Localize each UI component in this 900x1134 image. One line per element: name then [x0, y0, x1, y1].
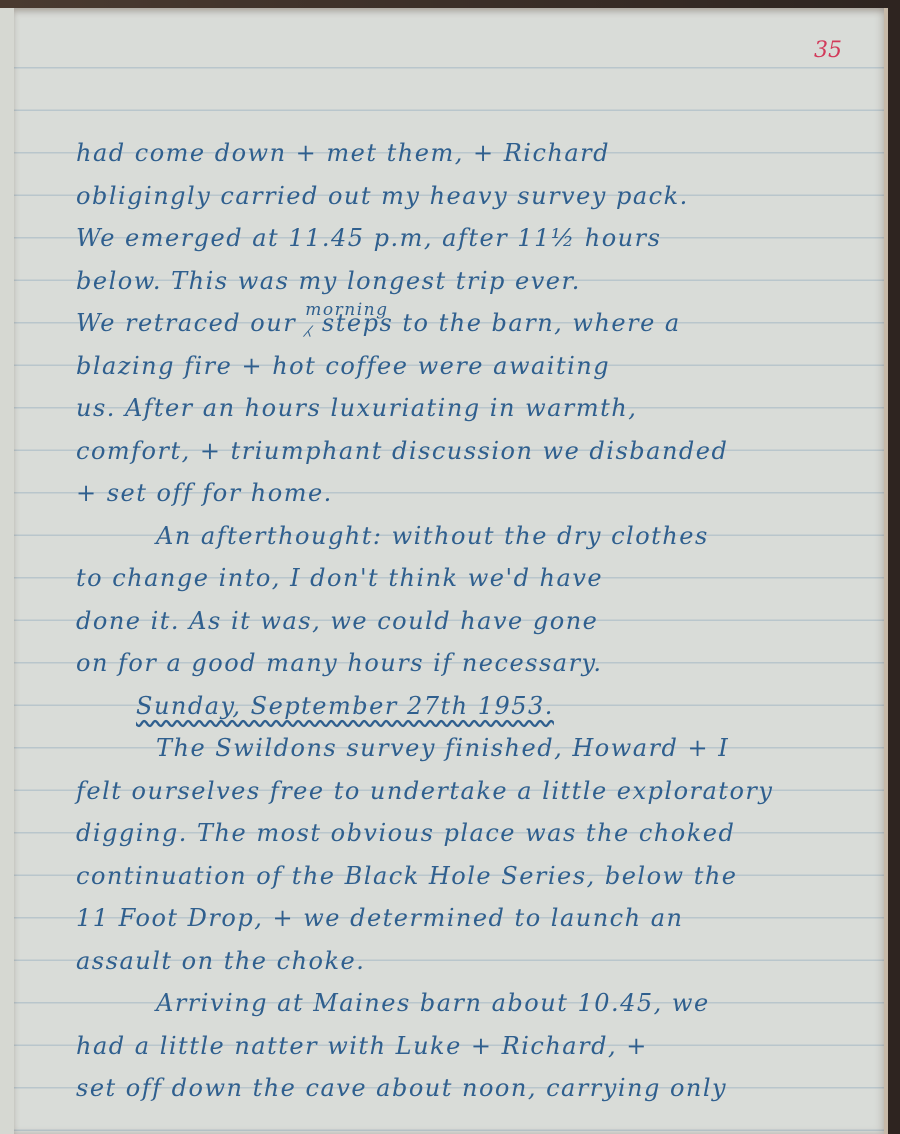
- text-line: felt ourselves free to undertake a littl…: [76, 770, 876, 813]
- text-line: + set off for home.: [76, 472, 876, 515]
- page-number: 35: [814, 38, 842, 63]
- text-line: Arriving at Maines barn about 10.45, we: [76, 982, 876, 1025]
- text-line: 11 Foot Drop, + we determined to launch …: [76, 897, 876, 940]
- text-line: We emerged at 11.45 p.m, after 11½ hours: [76, 217, 876, 260]
- text-line: comfort, + triumphant discussion we disb…: [76, 430, 876, 473]
- text-line: below. This was my longest trip ever.: [76, 260, 876, 303]
- text-line: had a little natter with Luke + Richard,…: [76, 1025, 876, 1068]
- notebook-page: 35 had come down + met them, + Richardob…: [14, 8, 888, 1134]
- insertion-note: morning⁁: [305, 309, 313, 337]
- text-line: We retraced our morning⁁ steps to the ba…: [76, 302, 876, 345]
- text-line: An afterthought: without the dry clothes: [76, 515, 876, 558]
- text-line: digging. The most obvious place was the …: [76, 812, 876, 855]
- text-line: done it. As it was, we could have gone: [76, 600, 876, 643]
- text-line: to change into, I don't think we'd have: [76, 557, 876, 600]
- text-line: The Swildons survey finished, Howard + I: [76, 727, 876, 770]
- text-line: us. After an hours luxuriating in warmth…: [76, 387, 876, 430]
- text-line: obligingly carried out my heavy survey p…: [76, 175, 876, 218]
- text-line: set off down the cave about noon, carryi…: [76, 1067, 876, 1110]
- text-line: continuation of the Black Hole Series, b…: [76, 855, 876, 898]
- handwritten-text: had come down + met them, + Richardoblig…: [76, 132, 876, 1110]
- text-line: blazing fire + hot coffee were awaiting: [76, 345, 876, 388]
- page-edge: [884, 8, 888, 1134]
- text-line: assault on the choke.: [76, 940, 876, 983]
- text-line: had come down + met them, + Richard: [76, 132, 876, 175]
- text-line: on for a good many hours if necessary.: [76, 642, 876, 685]
- date-heading: Sunday, September 27th 1953.: [76, 685, 876, 728]
